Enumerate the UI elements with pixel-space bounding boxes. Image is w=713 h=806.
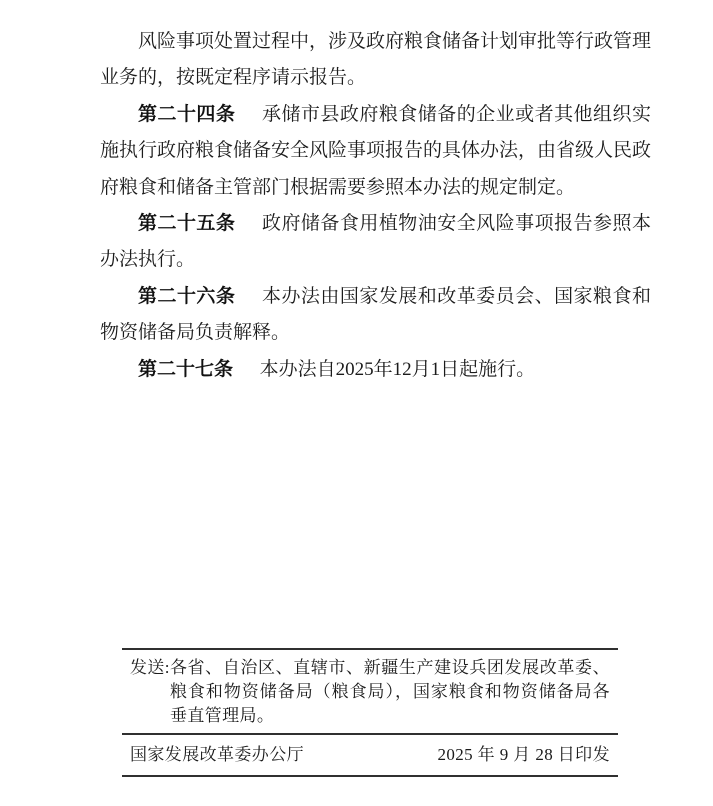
paragraph-article-26: 第二十六条本办法由国家发展和改革委员会、国家粮食和物资储备局负责解释。 [100, 279, 651, 352]
paragraph-risk-handling: 风险事项处置过程中，涉及政府粮食储备计划审批等行政管理业务的，按既定程序请示报告… [100, 24, 651, 97]
article-26-label: 第二十六条 [138, 286, 235, 307]
paragraph-article-24: 第二十四条承储市县政府粮食储备的企业或者其他组织实施执行政府粮食储备安全风险事项… [100, 97, 651, 206]
paragraph-text: 风险事项处置过程中，涉及政府粮食储备计划审批等行政管理业务的，按既定程序请示报告… [100, 31, 651, 88]
document-footer: 发送: 各省、自治区、直辖市、新疆生产建设兵团发展改革委、粮食和物资储备局（粮食… [122, 648, 618, 777]
document-page: 风险事项处置过程中，涉及政府粮食储备计划审批等行政管理业务的，按既定程序请示报告… [0, 0, 713, 806]
print-date: 2025 年 9 月 28 日印发 [437, 746, 610, 764]
issuer-name: 国家发展改革委办公厅 [130, 746, 304, 764]
paragraph-article-27: 第二十七条本办法自2025年12月1日起施行。 [100, 352, 651, 388]
article-25-label: 第二十五条 [138, 213, 235, 234]
article-27-text: 本办法自2025年12月1日起施行。 [260, 359, 536, 380]
article-24-label: 第二十四条 [138, 104, 235, 125]
document-body: 风险事项处置过程中，涉及政府粮食储备计划审批等行政管理业务的，按既定程序请示报告… [100, 24, 651, 388]
issuer-row: 国家发展改革委办公厅 2025 年 9 月 28 日印发 [122, 735, 618, 775]
distribution-label: 发送: [130, 656, 170, 680]
article-27-label: 第二十七条 [138, 359, 233, 380]
paragraph-article-25: 第二十五条政府储备食用植物油安全风险事项报告参照本办法执行。 [100, 206, 651, 279]
distribution-block: 发送: 各省、自治区、直辖市、新疆生产建设兵团发展改革委、粮食和物资储备局（粮食… [122, 650, 618, 735]
distribution-text: 各省、自治区、直辖市、新疆生产建设兵团发展改革委、粮食和物资储备局（粮食局），国… [170, 656, 610, 728]
